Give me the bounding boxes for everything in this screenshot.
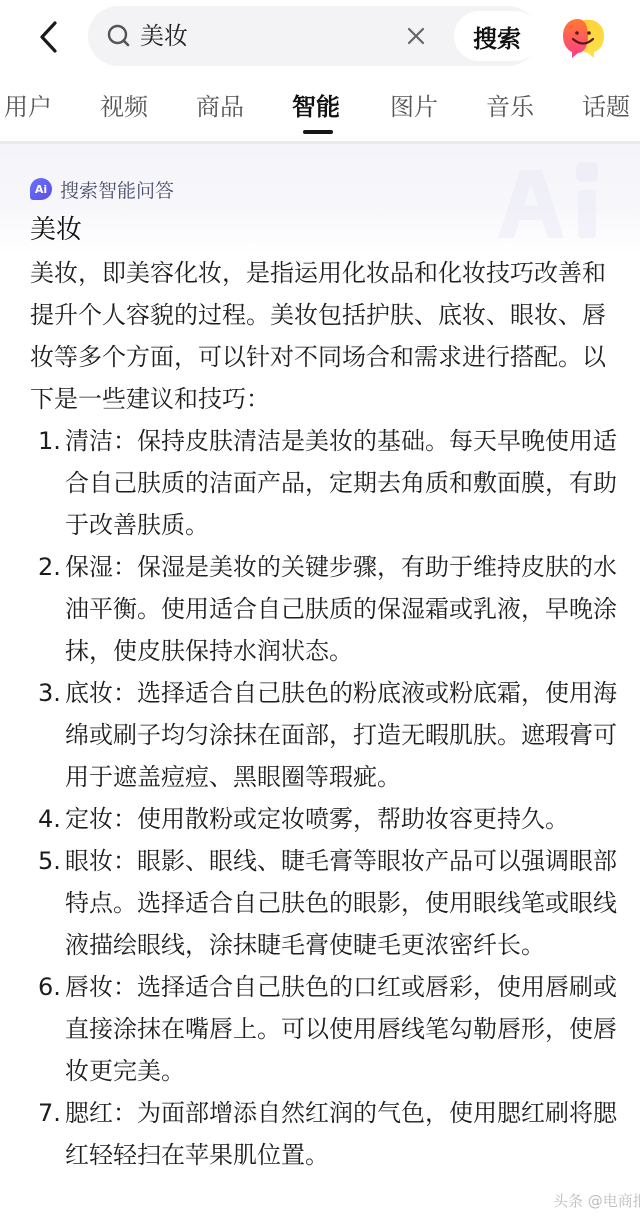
mascot-button[interactable] [560, 14, 608, 60]
chevron-left-icon [37, 20, 59, 54]
list-item-text: 清洁：保持皮肤清洁是美妆的基础。每天早晚使用适合自己肤质的洁面产品，定期去角质和… [65, 427, 617, 539]
source-watermark: 头条 @电商报 [553, 1190, 640, 1211]
answer-title: 美妆 [30, 212, 82, 248]
list-item-text: 底妆：选择适合自己肤色的粉底液或粉底霜，使用海绵或刷子均匀涂抹在面部，打造无暇肌… [65, 679, 617, 791]
list-item: 3. 底妆：选择适合自己肤色的粉底液或粉底霜，使用海绵或刷子均匀涂抹在面部，打造… [30, 672, 620, 798]
list-item-text: 唇妆：选择适合自己肤色的口红或唇彩，使用唇刷或直接涂抹在嘴唇上。可以使用唇线笔勾… [65, 973, 617, 1085]
active-tab-indicator [303, 130, 333, 134]
search-box[interactable]: 美妆 搜索 [88, 6, 538, 66]
list-item-number: 4. [38, 798, 61, 840]
list-item-number: 1. [38, 420, 61, 462]
list-item-text: 腮红：为面部增添自然红润的气色，使用腮红刷将腮红轻轻扫在苹果肌位置。 [65, 1099, 617, 1169]
ai-watermark-icon [470, 154, 620, 244]
list-item: 4. 定妆：使用散粉或定妆喷雾，帮助妆容更持久。 [30, 798, 620, 840]
close-icon[interactable] [404, 24, 428, 48]
search-icon [106, 23, 132, 49]
ai-badge-icon: Ai [30, 178, 52, 200]
search-input[interactable]: 美妆 [140, 19, 188, 53]
list-item: 6. 唇妆：选择适合自己肤色的口红或唇彩，使用唇刷或直接涂抹在嘴唇上。可以使用唇… [30, 966, 620, 1092]
top-bar: 美妆 搜索 [0, 0, 640, 76]
answer-body: 美妆，即美容化妆，是指运用化妆品和化妆技巧改善和提升个人容貌的过程。美妆包括护肤… [30, 252, 620, 1176]
back-button[interactable] [28, 14, 68, 60]
tab-products[interactable]: 商品 [196, 90, 244, 124]
list-item: 1. 清洁：保持皮肤清洁是美妆的基础。每天早晚使用适合自己肤质的洁面产品，定期去… [30, 420, 620, 546]
tab-users[interactable]: 用户 [4, 90, 52, 124]
tab-topics[interactable]: 话题 [582, 90, 630, 124]
list-item: 7. 腮红：为面部增添自然红润的气色，使用腮红刷将腮红轻轻扫在苹果肌位置。 [30, 1092, 620, 1176]
search-button[interactable]: 搜索 [454, 11, 540, 61]
list-item-text: 保湿：保湿是美妆的关键步骤，有助于维持皮肤的水油平衡。使用适合自己肤质的保湿霜或… [65, 553, 617, 665]
smiley-chat-mascot-icon [560, 14, 608, 60]
list-item-number: 6. [38, 966, 61, 1008]
tips-list: 1. 清洁：保持皮肤清洁是美妆的基础。每天早晚使用适合自己肤质的洁面产品，定期去… [30, 420, 620, 1176]
ai-answer-card: Ai 搜索智能问答 美妆 美妆，即美容化妆，是指运用化妆品和化妆技巧改善和提升个… [0, 144, 640, 1225]
list-item: 2. 保湿：保湿是美妆的关键步骤，有助于维持皮肤的水油平衡。使用适合自己肤质的保… [30, 546, 620, 672]
tab-images[interactable]: 图片 [390, 90, 438, 124]
list-item-number: 2. [38, 546, 61, 588]
ai-section-header: Ai 搜索智能问答 [30, 174, 174, 204]
tab-videos[interactable]: 视频 [100, 90, 148, 124]
list-item-number: 3. [38, 672, 61, 714]
list-item: 5. 眼妆：眼影、眼线、睫毛膏等眼妆产品可以强调眼部特点。选择适合自己肤色的眼影… [30, 840, 620, 966]
answer-intro: 美妆，即美容化妆，是指运用化妆品和化妆技巧改善和提升个人容貌的过程。美妆包括护肤… [30, 252, 620, 420]
tab-music[interactable]: 音乐 [486, 90, 534, 124]
list-item-text: 眼妆：眼影、眼线、睫毛膏等眼妆产品可以强调眼部特点。选择适合自己肤色的眼影，使用… [65, 847, 617, 959]
tab-smart[interactable]: 智能 [292, 90, 340, 124]
list-item-number: 5. [38, 840, 61, 882]
list-item-text: 定妆：使用散粉或定妆喷雾，帮助妆容更持久。 [65, 805, 569, 833]
list-item-number: 7. [38, 1092, 61, 1134]
ai-section-label: 搜索智能问答 [60, 176, 174, 203]
